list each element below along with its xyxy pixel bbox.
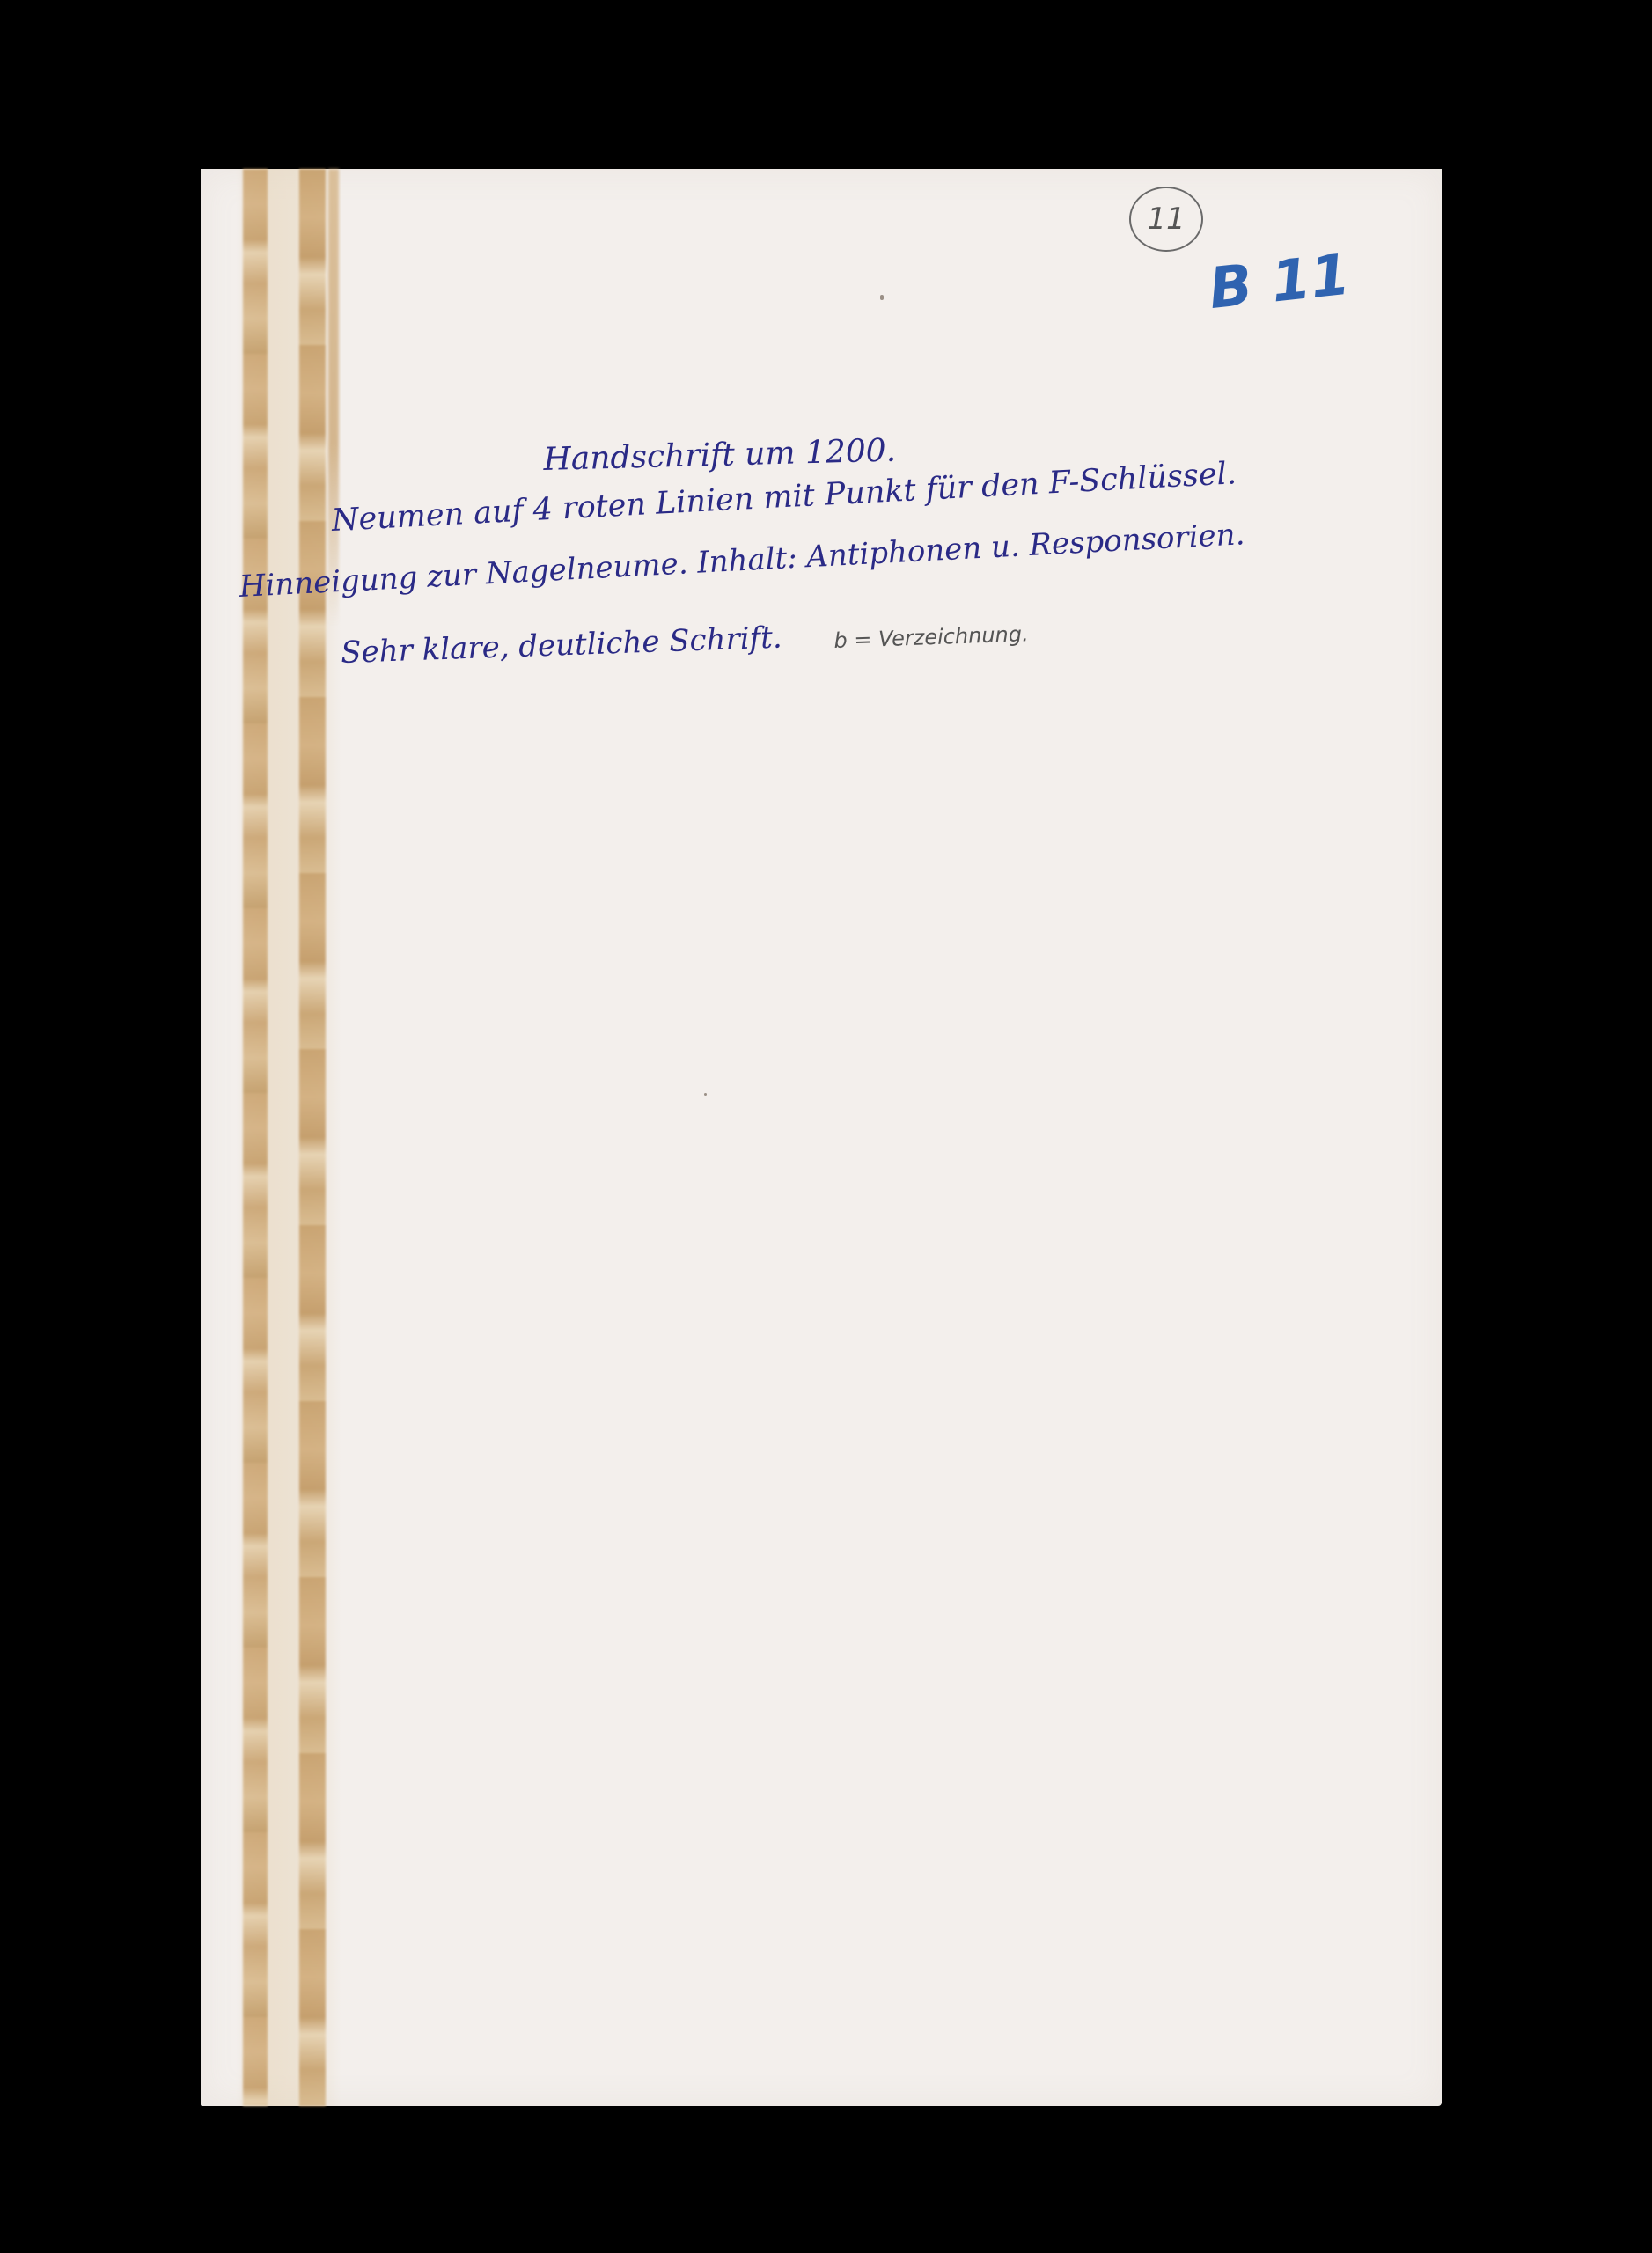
document-title: Handschrift um 1200. xyxy=(543,433,897,478)
shelfmark: B 11 xyxy=(1206,243,1353,322)
circled-page-number: 11 xyxy=(1129,187,1203,252)
tape-stain-band xyxy=(299,169,326,2106)
pencil-note: b = Verzeichnung. xyxy=(833,621,1029,653)
paper-speck xyxy=(880,295,884,300)
document-page: 11 B 11 Handschrift um 1200. Neumen auf … xyxy=(201,169,1442,2106)
tape-stain-band xyxy=(328,169,339,627)
tape-stain-band xyxy=(243,169,268,2106)
description-line: Sehr klare, deutliche Schrift. xyxy=(341,620,783,671)
paper-speck xyxy=(704,1093,707,1096)
page-number: 11 xyxy=(1147,202,1185,237)
